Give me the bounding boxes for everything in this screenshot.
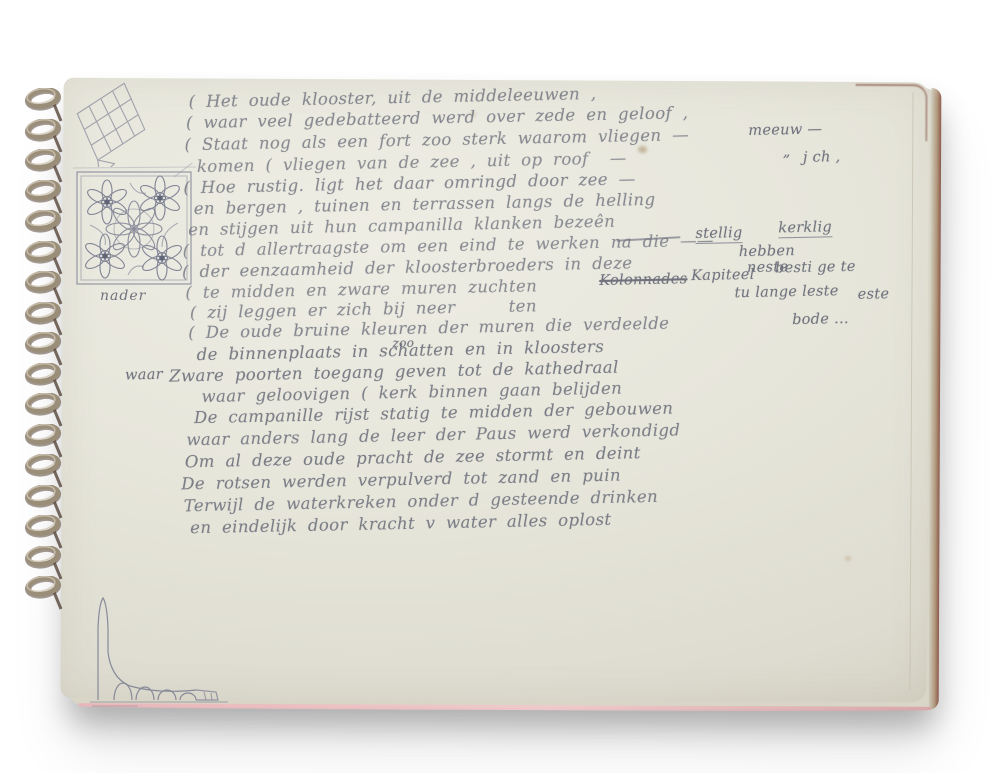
note-kapiteel: Kapiteel: [691, 267, 755, 284]
margin-note-jch: j ch ,: [803, 149, 841, 166]
note-tulange: tu lange leste: [734, 283, 838, 301]
note-hebben: hebben: [739, 243, 796, 260]
note-bode: bode ...: [792, 311, 849, 328]
note-kolonnades: Kolonnades: [599, 271, 687, 289]
margin-note-ditto: „: [783, 144, 791, 160]
photo-stage: nader meeuw — „ j ch , stellig kerklig h…: [0, 0, 1000, 773]
note-kerklig: kerklig: [778, 219, 832, 238]
margin-note-waar: waar: [125, 367, 163, 384]
note-este: este: [857, 286, 889, 303]
handwritten-text-block: meeuw — „ j ch , stellig kerklig hebben …: [0, 0, 1000, 773]
margin-note-meeuw: meeuw —: [748, 121, 822, 138]
note-besti: besti ge te: [775, 259, 856, 277]
